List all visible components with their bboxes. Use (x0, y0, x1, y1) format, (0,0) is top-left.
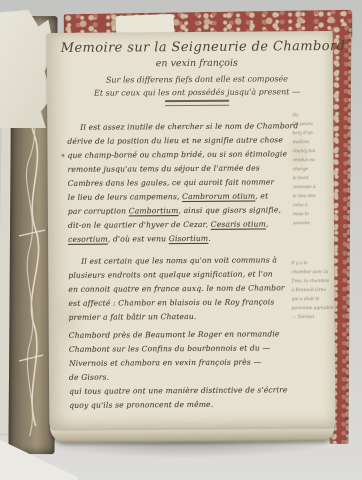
underlined-latin-term: cesortium (68, 235, 108, 244)
marginalia-line: chambor avec la (291, 268, 335, 277)
marginalia-line: suivans (293, 219, 337, 228)
text-segment: , d'où est venu (108, 234, 169, 243)
paragraph-four-places: Il est certain que les noms qu'on voit c… (68, 253, 316, 325)
underlined-latin-term: Cesaris otium (211, 219, 266, 228)
paragraph-etymology: Il est assez inutile de chercher si le n… (67, 119, 316, 247)
flourish-underline (165, 99, 229, 105)
marginalia-line: le lieu des (293, 192, 337, 201)
underlined-latin-term: Gisortium (169, 234, 209, 243)
marginalia-line: Il y a le (291, 259, 335, 268)
manuscript-title: Memoire sur la Seigneurie de Chambord (61, 39, 333, 56)
marginalia-line: rendus ou (292, 156, 336, 165)
text-segment: par corruption (68, 206, 129, 215)
manuscript-photograph: Memoire sur la Seigneurie de Chambord en… (0, 0, 362, 480)
marginalia-line: bely d'un (292, 129, 336, 138)
manuscript-line: qui tous quatre ont une manière distinct… (69, 383, 317, 399)
text-segment: , et (255, 191, 268, 200)
manuscript-line: que champ-borné ou champ bridé, ou si so… (67, 147, 315, 163)
manuscript-subtitle: en vexin françois (61, 57, 333, 70)
manuscript-line: cesortium, d'où est venu Gisortium. (68, 231, 316, 247)
paragraph-list-of-chambords: Chambord près de Beaumont le Roger en no… (69, 327, 318, 413)
underlined-latin-term: Cambortium (129, 206, 179, 215)
text-segment: . (208, 234, 211, 243)
marginalia-column-upper: (h) De peure bely d'un maîtres chanty le… (292, 111, 337, 228)
title-block: Memoire sur la Seigneurie de Chambord en… (61, 39, 333, 106)
underlined-latin-term: Cambrorum otium (182, 192, 255, 202)
marginalia-line: Tres. la chambre (291, 277, 335, 286)
text-segment: le lieu de leurs campemens, (68, 192, 182, 202)
manuscript-line: Chambord près de Beaumont le Roger en no… (69, 327, 317, 343)
marginalia-line: charge (293, 165, 337, 174)
marginalia-line: celui à (293, 201, 337, 210)
ink-speck (61, 154, 64, 157)
marginalia-line: qui a était le (291, 295, 335, 304)
marginalia-column-lower: Il y a le chambor avec la Tres. la chamb… (291, 259, 335, 322)
marginalia-line: maîtres (292, 138, 336, 147)
marginalia-line: à Breteuil-Orne (291, 286, 335, 295)
manuscript-subtitle-line: Et sur ceux qui les ont possédés jusqu'à… (61, 87, 333, 98)
marginalia-line: chanty les (292, 147, 336, 156)
marginalia-line: le bord (293, 174, 337, 183)
manuscript-line: quoy qu'ils se prononcent de même. (69, 397, 317, 413)
text-segment: , ainsi que gisors signifie, (178, 205, 281, 215)
manuscript-subtitle-line: Sur les differens fiefs dont elle est co… (61, 74, 333, 85)
marginalia-line: De peure (292, 120, 336, 129)
marginalia-line: personne agreable (292, 304, 336, 313)
marginalia-line: (h) (292, 111, 336, 120)
manuscript-page: Memoire sur la Seigneurie de Chambord en… (47, 31, 336, 429)
manuscript-line: en connoit quatre en france auxq. le nom… (68, 281, 316, 297)
marginalia-line: remonte à (293, 183, 337, 192)
marginalia-line: mais le (293, 210, 337, 219)
text-segment: , (266, 219, 269, 228)
marginalia-line: — Torritel (292, 313, 336, 322)
manuscript-line: premier a fait bâtir un Chateau. (69, 309, 317, 325)
text-segment: dit-on le quartier d'hyver de Cezar, (68, 220, 211, 230)
manuscript-line: par corruption Cambortium, ainsi que gis… (68, 203, 316, 219)
